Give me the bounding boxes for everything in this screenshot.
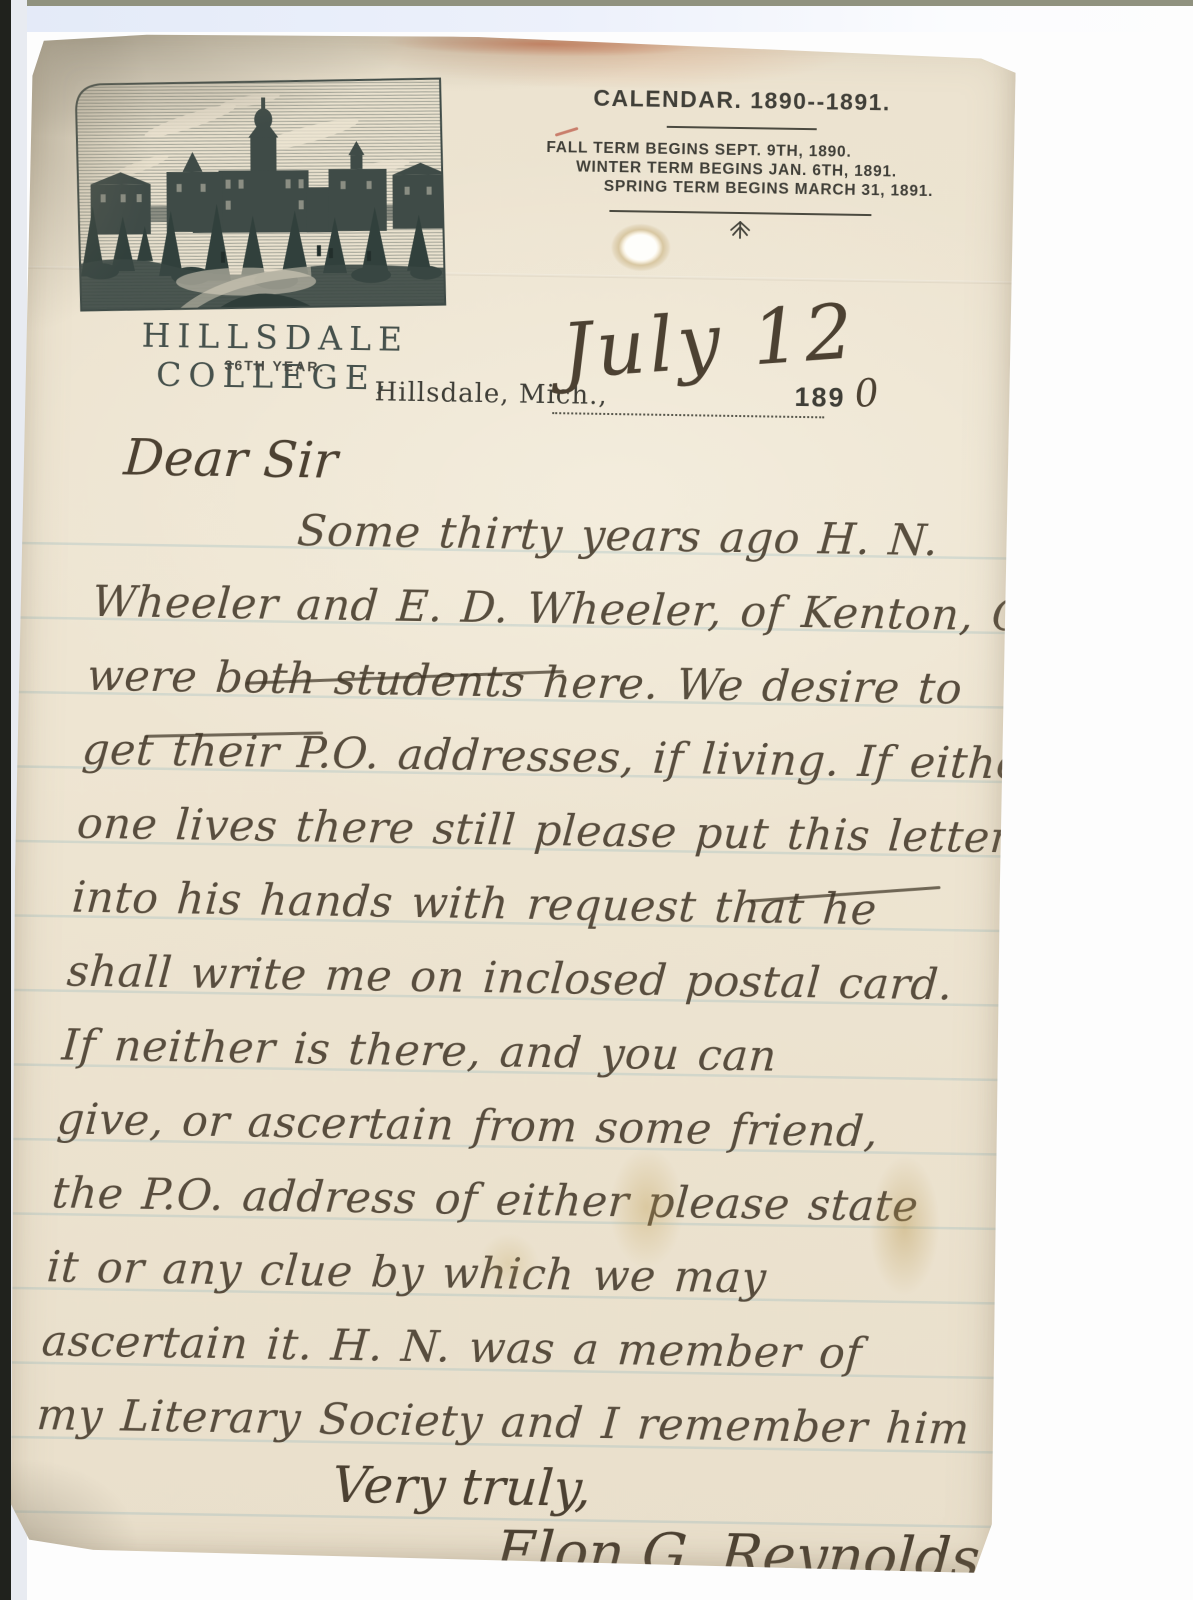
calendar-rule-top — [667, 126, 817, 130]
body-line: Some thirty years ago H. N. — [295, 494, 1061, 580]
signature: Elon G. Reynolds — [493, 1517, 991, 1595]
closing: Very truly, — [330, 1457, 995, 1523]
campus-engraving-illustration — [70, 75, 456, 315]
calendar-block: CALENDAR. 1890--1891. FALL TERM BEGINS S… — [525, 84, 957, 245]
term-list: FALL TERM BEGINS SEPT. 9TH, 1890. WINTER… — [526, 138, 957, 202]
backing-sheet-edge — [0, 6, 1193, 32]
calendar-rule-bottom — [609, 210, 871, 216]
scanner-left-edge — [0, 0, 11, 1600]
paper-hole — [610, 223, 671, 272]
body-line: my Literary Society and I remember him — [34, 1378, 1000, 1467]
handwritten-year-digit: 0 — [853, 370, 881, 416]
handwritten-date: July 12 — [559, 286, 860, 396]
scan-area: HILLSDALE COLLEGE, 36TH YEAR. CALENDAR. … — [0, 0, 1193, 1600]
letter-page: HILLSDALE COLLEGE, 36TH YEAR. CALENDAR. … — [4, 30, 1016, 1573]
salutation: Dear Sir — [122, 423, 1066, 506]
calendar-title: CALENDAR. 1890--1891. — [527, 84, 957, 118]
printed-year: 189 — [794, 382, 846, 414]
letter-body: Dear Sir Some thirty years ago H. N. Whe… — [25, 423, 1065, 1595]
up-arrow-ornament-icon — [725, 219, 755, 241]
